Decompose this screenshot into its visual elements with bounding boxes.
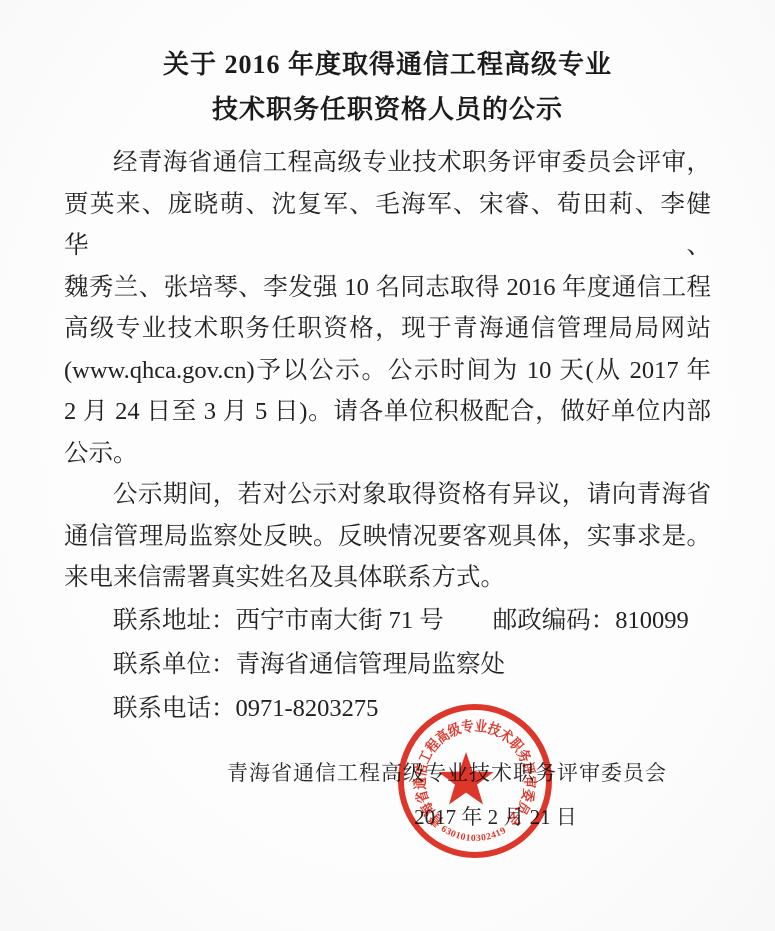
contact-line: 联系电话：0971-8203275 (64, 687, 711, 731)
body-line: (www.qhca.gov.cn)予以公示。公示时间为 10 天(从 2017 … (64, 350, 711, 392)
body-line: 公示。 (64, 433, 711, 475)
body-line: 通信管理局监察处反映。反映情况要客观具体，实事求是。 (64, 516, 711, 558)
star-icon (438, 752, 493, 805)
body-line: 经青海省通信工程高级专业技术职务评审委员会评审， (64, 142, 711, 184)
document-page: 关于 2016 年度取得通信工程高级专业 技术职务任职资格人员的公示 经青海省通… (0, 0, 775, 931)
contact-line: 联系单位：青海省通信管理局监察处 (64, 643, 711, 687)
contact-line: 联系地址：西宁市南大街 71 号 邮政编码：810099 (64, 599, 711, 643)
body-line: 2 月 24 日至 3 月 5 日)。请各单位积极配合，做好单位内部 (64, 391, 711, 433)
body-line: 魏秀兰、张培琴、李发强 10 名同志取得 2016 年度通信工程 (64, 267, 711, 309)
body-line: 贾英来、庞晓萌、沈复军、毛海军、宋睿、荀田莉、李健华、 (64, 184, 711, 267)
document-title-line-1: 关于 2016 年度取得通信工程高级专业 (0, 42, 775, 87)
body-line: 来电来信需署真实姓名及具体联系方式。 (64, 557, 711, 599)
contact-info: 联系地址：西宁市南大街 71 号 邮政编码：810099联系单位：青海省通信管理… (64, 599, 711, 731)
body-text: 经青海省通信工程高级专业技术职务评审委员会评审，贾英来、庞晓萌、沈复军、毛海军、… (64, 142, 711, 599)
body-line: 公示期间，若对公示对象取得资格有异议，请向青海省 (64, 474, 711, 516)
official-seal: 青海省通信工程高级专业技术职务评审委员会 6301010302419 (390, 696, 560, 866)
document-title-line-2: 技术职务任职资格人员的公示 (0, 87, 775, 132)
body-line: 高级专业技术职务任职资格，现于青海通信管理局局网站 (64, 308, 711, 350)
seal-code-number: 6301010302419 (439, 824, 508, 844)
document-title: 关于 2016 年度取得通信工程高级专业 技术职务任职资格人员的公示 (0, 0, 775, 132)
seal-code-holder: 6301010302419 (439, 824, 508, 844)
